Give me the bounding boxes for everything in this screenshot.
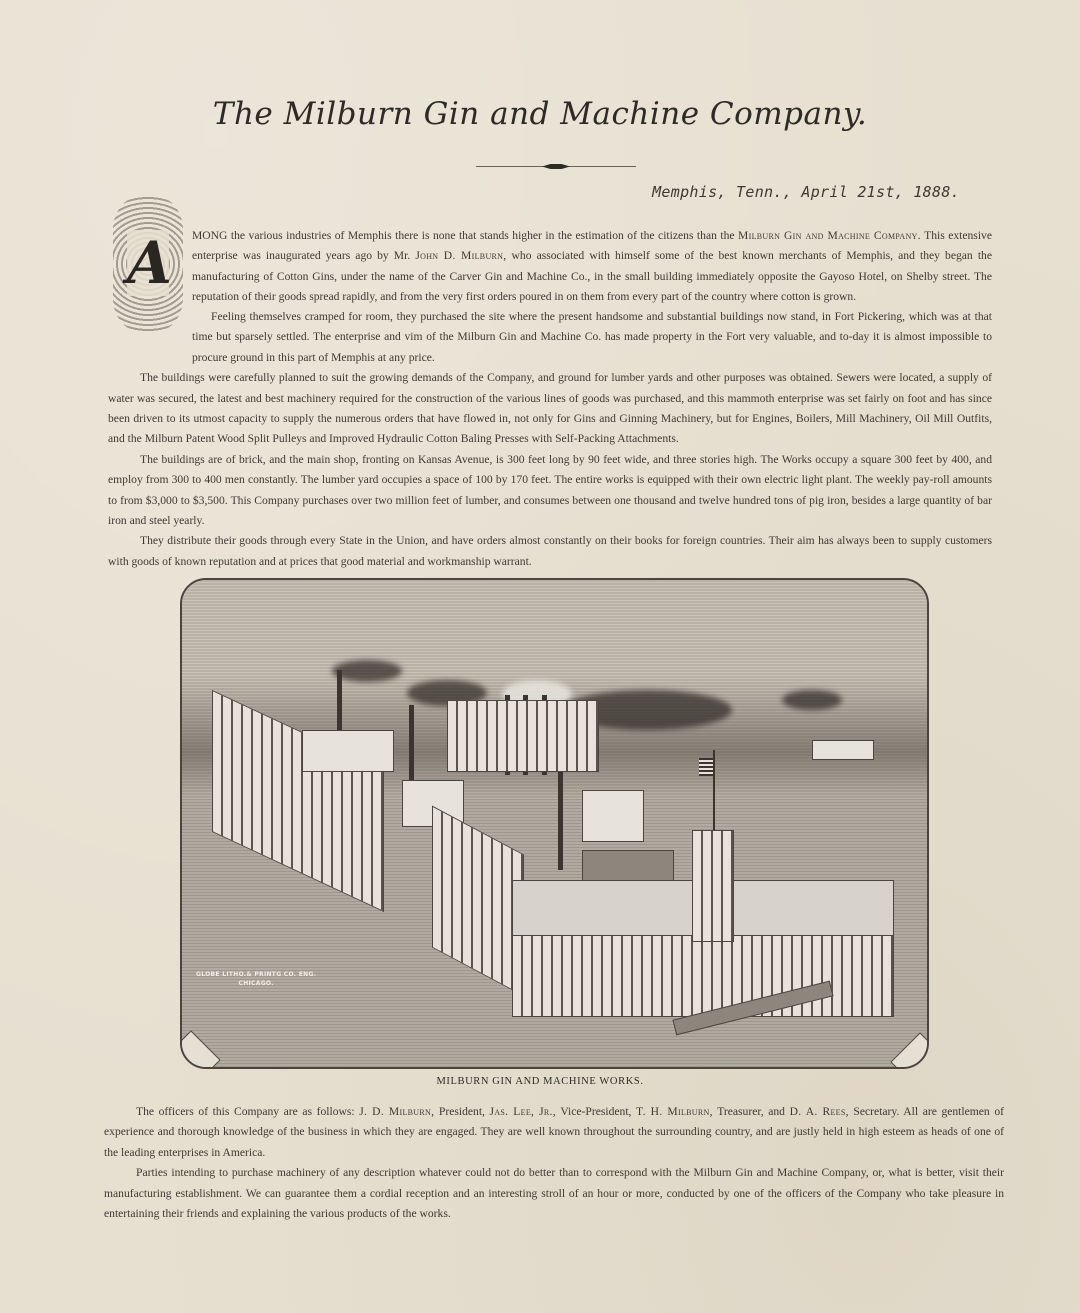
divider-diamond	[542, 164, 570, 169]
clock-tower	[692, 830, 734, 942]
figure-caption: MILBURN GIN AND MACHINE WORKS.	[0, 1076, 1080, 1087]
page-title: The Milburn Gin and Machine Company.	[0, 96, 1080, 132]
officer-name: T. H. Milburn,	[636, 1105, 713, 1118]
founder-name: John D. Milburn,	[415, 249, 506, 262]
officers-lead: The officers of this Company are as foll…	[136, 1105, 355, 1118]
main-text: Feeling themselves cramped for room, the…	[108, 307, 992, 572]
p1-lead: MONG the various industries of Memphis t…	[192, 229, 735, 242]
officer-role: Treasurer, and	[717, 1105, 785, 1118]
paragraph-2: Feeling themselves cramped for room, the…	[108, 307, 992, 368]
smoke-plume	[332, 660, 402, 682]
paragraph-7: Parties intending to purchase machinery …	[104, 1163, 1004, 1224]
officer-role: Vice-President,	[560, 1105, 631, 1118]
intro-section: MONG the various industries of Memphis t…	[192, 226, 992, 308]
rear-shop-building	[447, 700, 599, 772]
dropcap-letter: A	[127, 230, 169, 296]
factory-engraving: GLOBE LITHO.& PRINTG CO. ENG. CHICAGO.	[180, 578, 929, 1069]
closing-section: The officers of this Company are as foll…	[104, 1102, 1004, 1224]
paragraph-6: The officers of this Company are as foll…	[104, 1102, 1004, 1163]
smokestack	[337, 670, 342, 730]
smokestack	[409, 705, 414, 780]
document-page: The Milburn Gin and Machine Company. Mem…	[0, 0, 1080, 1313]
american-flag-icon	[699, 758, 713, 776]
engraver-imprint: GLOBE LITHO.& PRINTG CO. ENG. CHICAGO.	[196, 970, 316, 988]
office-building	[582, 790, 644, 842]
officer-role: Secretary.	[853, 1105, 899, 1118]
distant-building	[812, 740, 874, 760]
smokestack	[558, 765, 563, 870]
imprint-line-1: GLOBE LITHO.& PRINTG CO. ENG.	[196, 970, 316, 979]
paragraph-5: They distribute their goods through ever…	[108, 531, 992, 572]
paragraph-4: The buildings are of brick, and the main…	[108, 450, 992, 532]
officer-name: Jas. Lee, Jr.,	[490, 1105, 556, 1118]
flagpole	[713, 750, 715, 830]
dateline: Memphis, Tenn., April 21st, 1888.	[652, 183, 960, 201]
smoke-plume	[782, 690, 842, 710]
paragraph-1: MONG the various industries of Memphis t…	[192, 226, 992, 308]
company-name: Milburn Gin and Machine Company.	[738, 229, 921, 242]
title-ornament-divider	[476, 165, 636, 169]
officer-name: D. A. Rees,	[790, 1105, 849, 1118]
paragraph-3: The buildings were carefully planned to …	[108, 368, 992, 450]
imprint-line-2: CHICAGO.	[196, 979, 316, 988]
officer-role: President,	[439, 1105, 485, 1118]
officer-name: J. D. Milburn,	[359, 1105, 434, 1118]
boiler-house	[302, 730, 394, 772]
main-shop-facade	[512, 935, 894, 1017]
